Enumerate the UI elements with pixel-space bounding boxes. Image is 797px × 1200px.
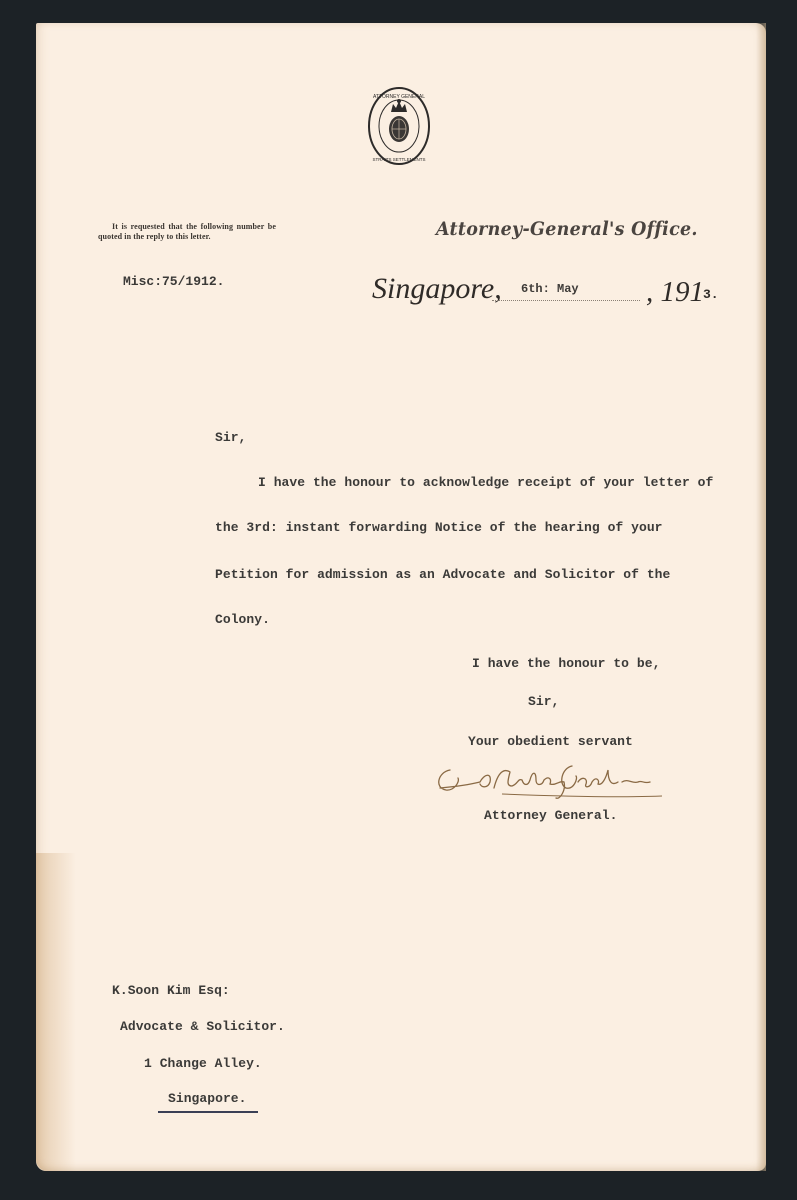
- city-underline: [158, 1111, 258, 1113]
- signatory-title: Attorney General.: [484, 808, 617, 823]
- addressee-role: Advocate & Solicitor.: [120, 1019, 285, 1034]
- closing-line-3: Your obedient servant: [468, 734, 633, 749]
- body-line-1: I have the honour to acknowledge receipt…: [258, 475, 713, 490]
- letter-paper: [36, 23, 766, 1171]
- body-line-3: Petition for admission as an Advocate an…: [215, 567, 670, 582]
- closing-line-1: I have the honour to be,: [472, 656, 660, 671]
- svg-text:STRAITS SETTLEMENTS: STRAITS SETTLEMENTS: [372, 157, 425, 162]
- year-prefix: , 191: [646, 276, 704, 309]
- closing-line-2: Sir,: [528, 694, 559, 709]
- signature: [432, 758, 672, 808]
- seal-icon: ATTORNEY GENERAL STRAITS SETTLEMENTS: [367, 86, 431, 166]
- salutation: Sir,: [215, 430, 246, 445]
- reference-notice: It is requested that the following numbe…: [98, 222, 276, 242]
- year-suffix: 3.: [703, 287, 719, 302]
- addressee-name: K.Soon Kim Esq:: [112, 983, 230, 998]
- reference-number: Misc:75/1912.: [123, 274, 224, 289]
- body-line-4: Colony.: [215, 612, 270, 627]
- body-line-2: the 3rd: instant forwarding Notice of th…: [215, 520, 663, 535]
- addressee-street: 1 Change Alley.: [144, 1056, 262, 1071]
- office-heading: Attorney-General's Office.: [436, 218, 698, 240]
- place-name: Singapore,: [372, 272, 502, 306]
- svg-text:ATTORNEY GENERAL: ATTORNEY GENERAL: [373, 94, 425, 100]
- addressee-city: Singapore.: [168, 1091, 247, 1106]
- letter-date: 6th: May: [521, 282, 579, 296]
